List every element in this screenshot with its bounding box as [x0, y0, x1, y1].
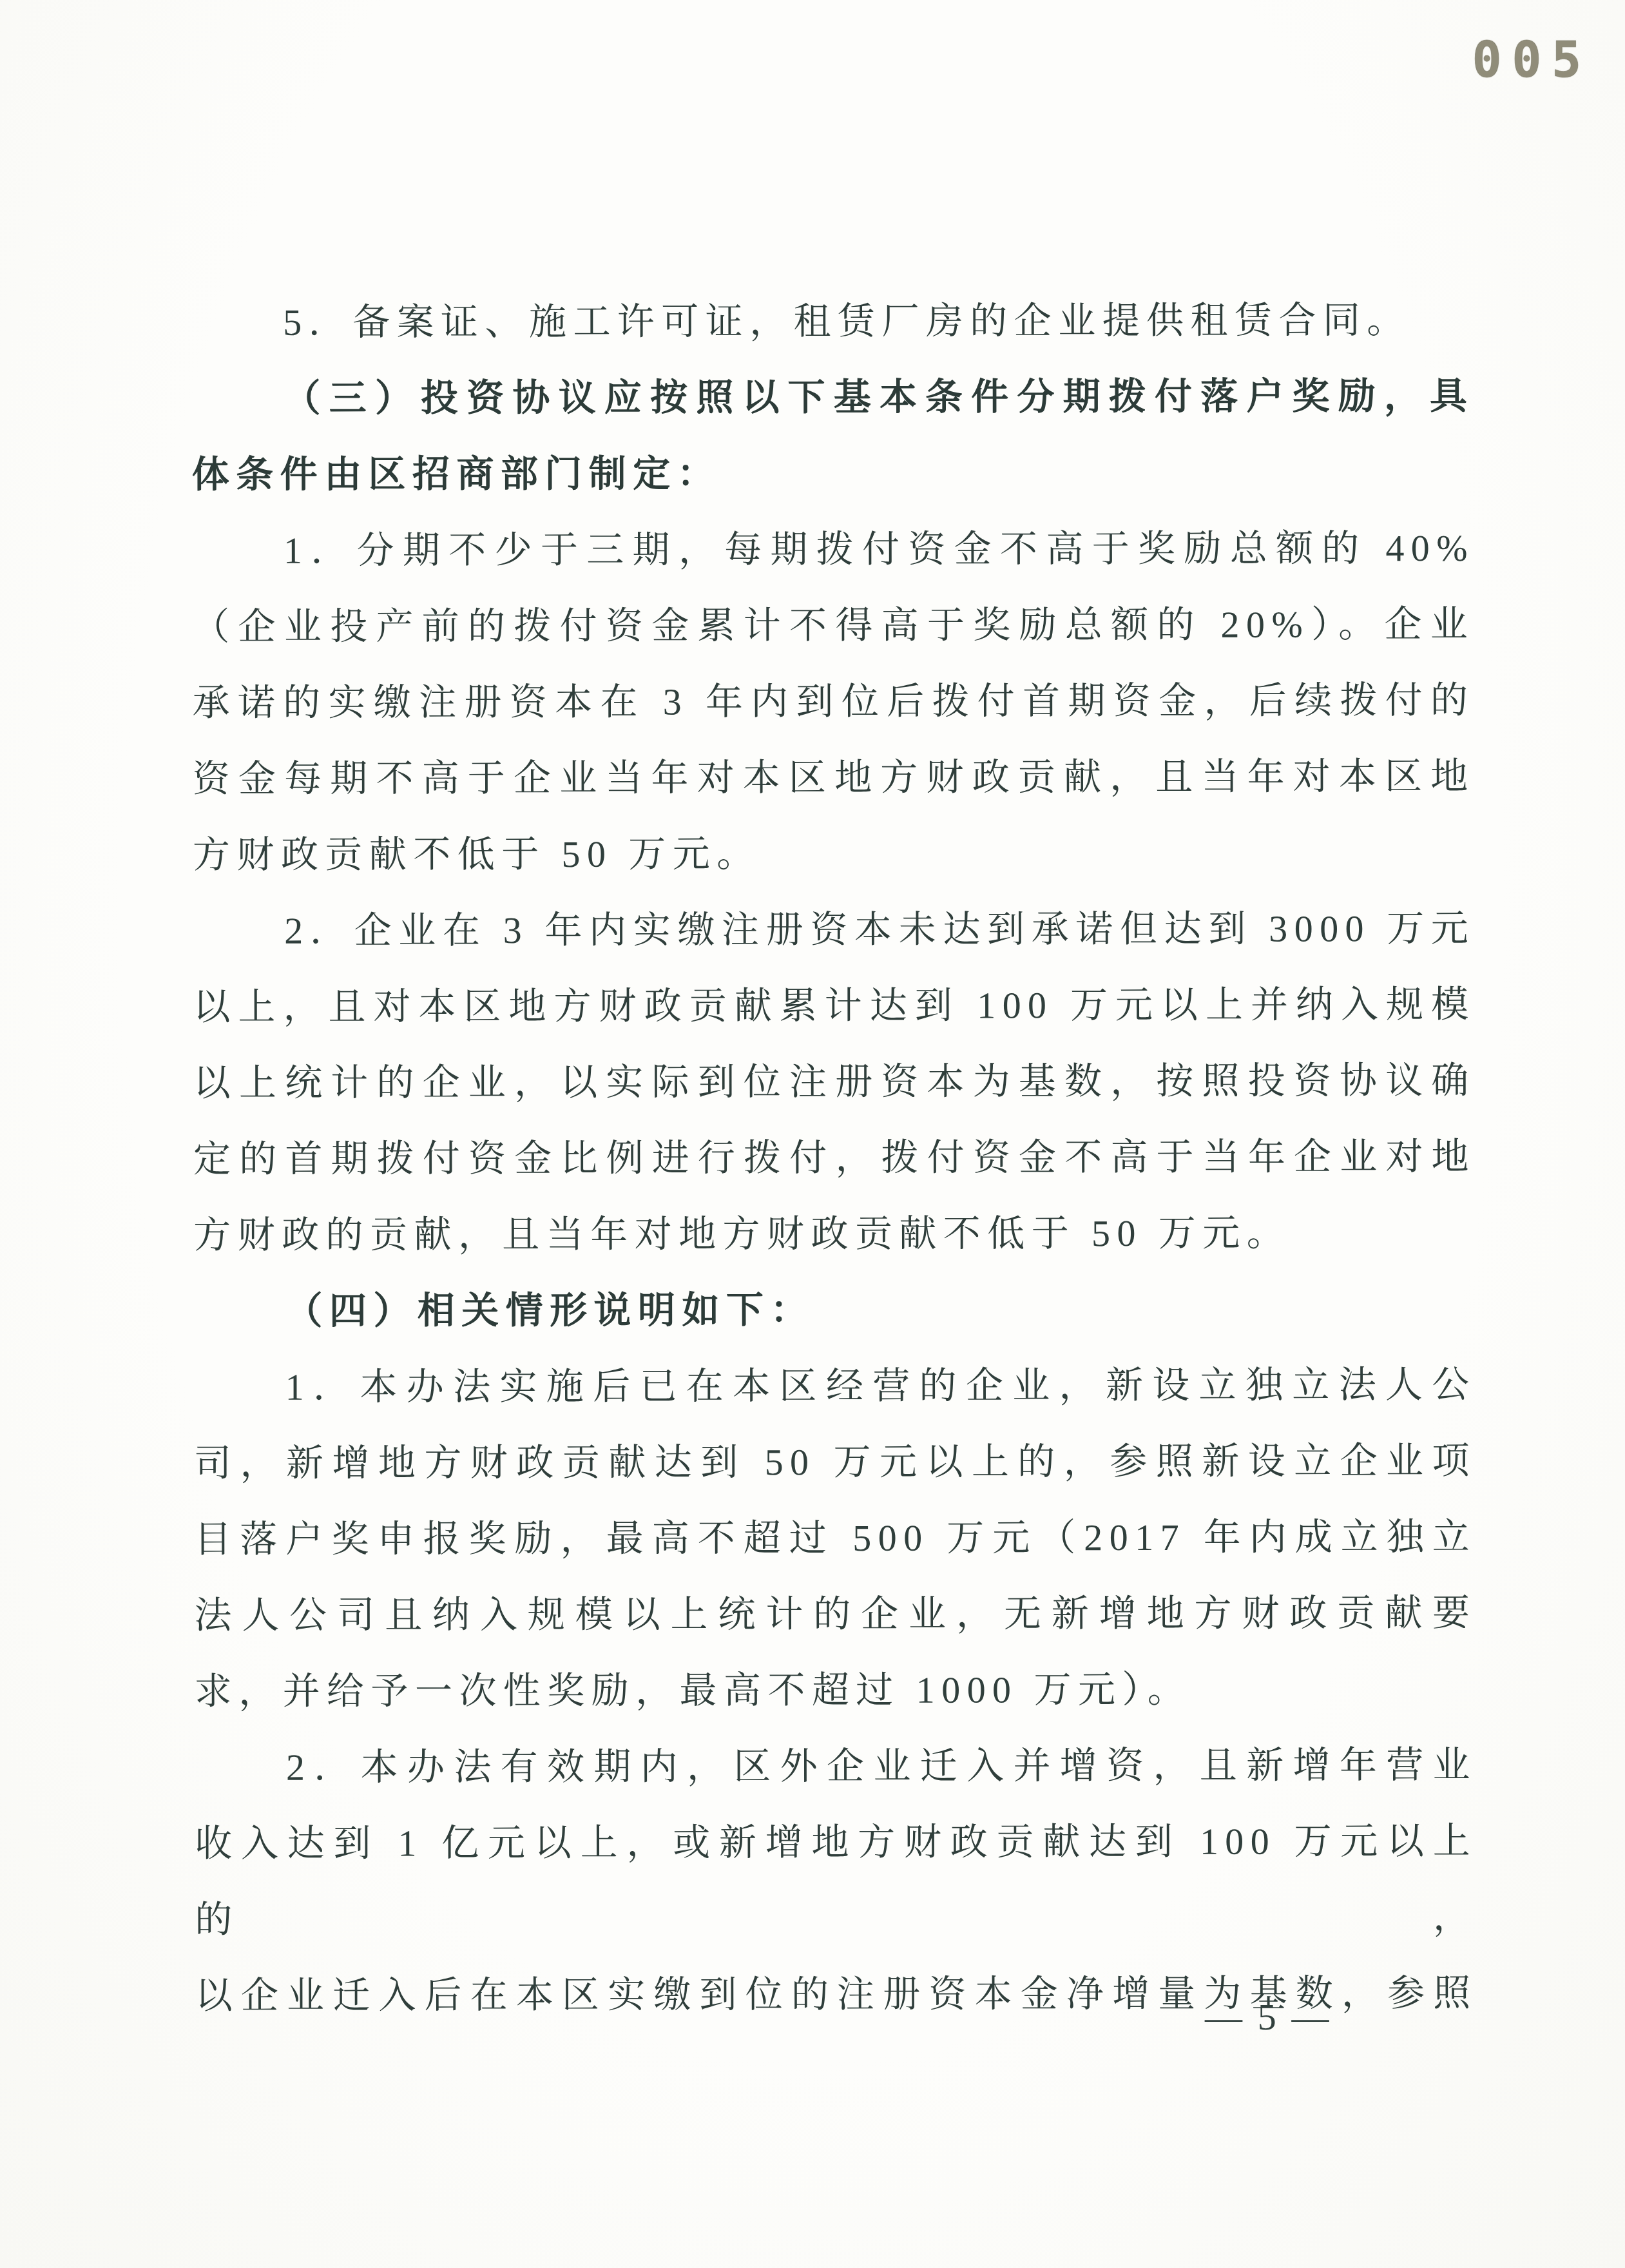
- text-line-15: 1．本办法实施后已在本区经营的企业，新设立独立法人公: [194, 1347, 1476, 1426]
- page-number-footer: — 5 —: [1205, 1995, 1332, 2039]
- text-line-1: 5．备案证、施工许可证，租赁厂房的企业提供租赁合同。: [191, 282, 1474, 361]
- text-line-3: 体条件由区招商部门制定：: [192, 434, 1474, 513]
- document-body: 5．备案证、施工许可证，租赁厂房的企业提供租赁合同。（三）投资协议应按照以下基本…: [191, 282, 1477, 2034]
- text-line-18: 法人公司且纳入规模以上统计的企业，无新增地方财政贡献要: [194, 1575, 1476, 1654]
- text-line-14: （四）相关情形说明如下：: [193, 1271, 1476, 1350]
- text-line-13: 方财政的贡献，且当年对地方财政贡献不低于 50 万元。: [193, 1195, 1476, 1274]
- text-line-2: （三）投资协议应按照以下基本条件分期拨付落户奖励，具: [191, 358, 1474, 437]
- page-number: — 5 —: [1205, 1996, 1332, 2038]
- text-line-9: 2．企业在 3 年内实缴注册资本未达到承诺但达到 3000 万元: [193, 891, 1475, 969]
- scanned-document-page: 005 5．备案证、施工许可证，租赁厂房的企业提供租赁合同。（三）投资协议应按照…: [0, 0, 1625, 2268]
- text-line-20: 2．本办法有效期内，区外企业迁入并增资，且新增年营业: [195, 1727, 1477, 1806]
- text-line-12: 定的首期拨付资金比例进行拨付，拨付资金不高于当年企业对地: [193, 1119, 1476, 1197]
- text-line-8: 方财政贡献不低于 50 万元。: [193, 815, 1475, 893]
- text-line-21: 收入达到 1 亿元以上，或新增地方财政贡献达到 100 万元以上的，: [195, 1803, 1477, 1958]
- text-line-5: （企业投产前的拨付资金累计不得高于奖励总额的 20%）。企业: [192, 586, 1474, 665]
- text-line-10: 以上，且对本区地方财政贡献累计达到 100 万元以上并纳入规模: [193, 967, 1475, 1045]
- text-line-7: 资金每期不高于企业当年对本区地方财政贡献，且当年对本区地: [193, 739, 1475, 817]
- text-line-16: 司，新增地方财政贡献达到 50 万元以上的，参照新设立企业项: [194, 1423, 1476, 1502]
- page-stamp: 005: [1472, 31, 1591, 88]
- text-line-4: 1．分期不少于三期，每期拨付资金不高于奖励总额的 40%: [192, 510, 1474, 589]
- text-line-11: 以上统计的企业，以实际到位注册资本为基数，按照投资协议确: [193, 1043, 1476, 1121]
- text-line-6: 承诺的实缴注册资本在 3 年内到位后拨付首期资金，后续拨付的: [192, 663, 1474, 741]
- text-line-19: 求，并给予一次性奖励，最高不超过 1000 万元）。: [195, 1651, 1477, 1730]
- text-line-17: 目落户奖申报奖励，最高不超过 500 万元（2017 年内成立独立: [194, 1499, 1476, 1578]
